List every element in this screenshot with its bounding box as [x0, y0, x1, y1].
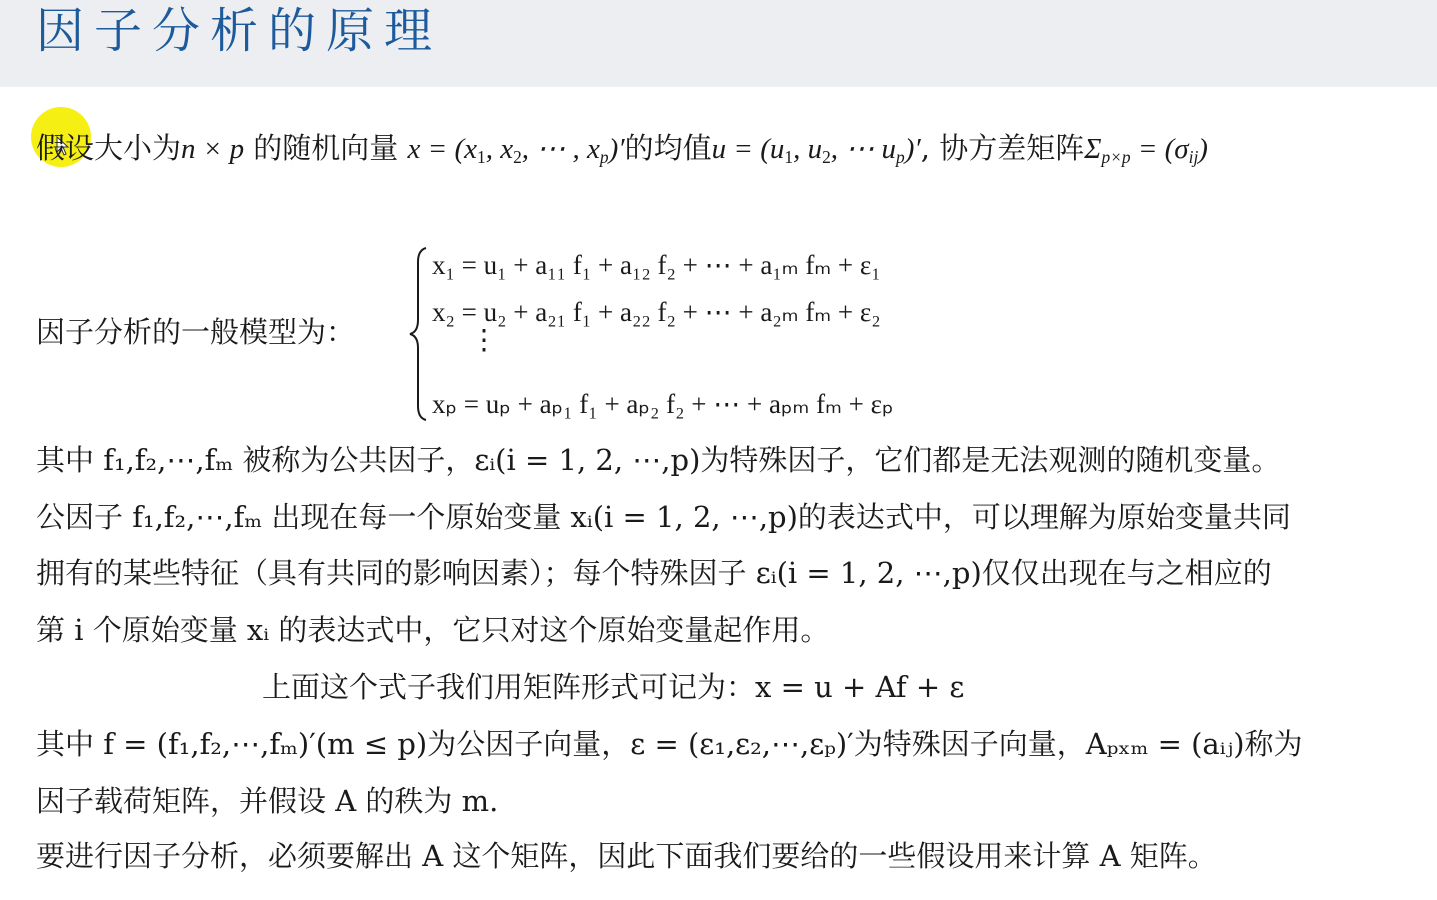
paragraph-line-4: 第 i 个原始变量 xᵢ 的表达式中，它只对这个原始变量起作用。: [36, 610, 829, 650]
slide-header: 因子分析的原理: [0, 0, 1437, 87]
subscript: p: [896, 147, 905, 167]
left-brace-icon: [404, 246, 434, 422]
math: ): [1198, 133, 1208, 165]
subscript: ij: [1189, 147, 1199, 167]
subscript: p: [600, 147, 609, 167]
math: , x: [486, 133, 513, 165]
math: = (σ: [1131, 133, 1189, 165]
math: , ⋯ , x: [522, 133, 600, 165]
math-sigma: Σ: [1084, 133, 1101, 165]
equation-row-2: x₂ = u₂ + a₂₁ f₁ + a₂₂ f₂ + ⋯ + a₂ₘ fₘ +…: [432, 294, 881, 330]
subscript: p×p: [1101, 147, 1130, 167]
matrix-form-line: 上面这个式子我们用矩阵形式可记为：x = u + Af + ε: [262, 667, 964, 707]
math-u: u = (u: [712, 133, 785, 165]
math: )′: [609, 133, 625, 165]
subscript: 1: [477, 147, 486, 167]
paragraph-line-1: 其中 f₁,f₂,⋯,fₘ 被称为公共因子，εᵢ(i = 1, 2, ⋯,p)为…: [36, 440, 1280, 480]
math: , ⋯ u: [831, 133, 896, 165]
equation-row-p: xₚ = uₚ + aₚ₁ f₁ + aₚ₂ f₂ + ⋯ + aₚₘ fₘ +…: [432, 386, 894, 422]
equation-vdots: ⋮: [470, 336, 498, 346]
assumption-text: , 协方差矩阵: [921, 131, 1084, 165]
math: )′: [905, 133, 921, 165]
assumption-text: 假设大小为: [36, 131, 181, 165]
paragraph-line-2: 公因子 f₁,f₂,⋯,fₘ 出现在每一个原始变量 xᵢ(i = 1, 2, ⋯…: [36, 497, 1291, 537]
math-x: x = (x: [408, 133, 477, 165]
subscript: 2: [822, 147, 831, 167]
equation-row-1: x₁ = u₁ + a₁₁ f₁ + a₁₂ f₂ + ⋯ + a₁ₘ fₘ +…: [432, 247, 881, 283]
assumption-text: 的随机向量: [244, 131, 407, 165]
subscript: 2: [513, 147, 522, 167]
math-dim: n × p: [181, 133, 244, 165]
assumption-text: 的均值: [625, 131, 712, 165]
math: , u: [793, 133, 822, 165]
assumption-line: 假设大小为n × p 的随机向量 x = (x1, x2, ⋯ , xp)′的均…: [36, 128, 1208, 169]
model-label: 因子分析的一般模型为：: [36, 312, 355, 352]
conclusion-line: 要进行因子分析，必须要解出 A 这个矩阵，因此下面我们要给的一些假设用来计算 A…: [36, 836, 1217, 876]
vector-line-2: 因子载荷矩阵，并假设 A 的秩为 m.: [36, 781, 498, 821]
subscript: 1: [784, 147, 793, 167]
slide-title: 因子分析的原理: [36, 2, 442, 60]
paragraph-line-3: 拥有的某些特征（具有共同的影响因素）；每个特殊因子 εᵢ(i = 1, 2, ⋯…: [36, 553, 1272, 593]
vector-line-1: 其中 f = (f₁,f₂,⋯,fₘ)′(m ≤ p)为公因子向量，ε = (ε…: [36, 724, 1303, 764]
